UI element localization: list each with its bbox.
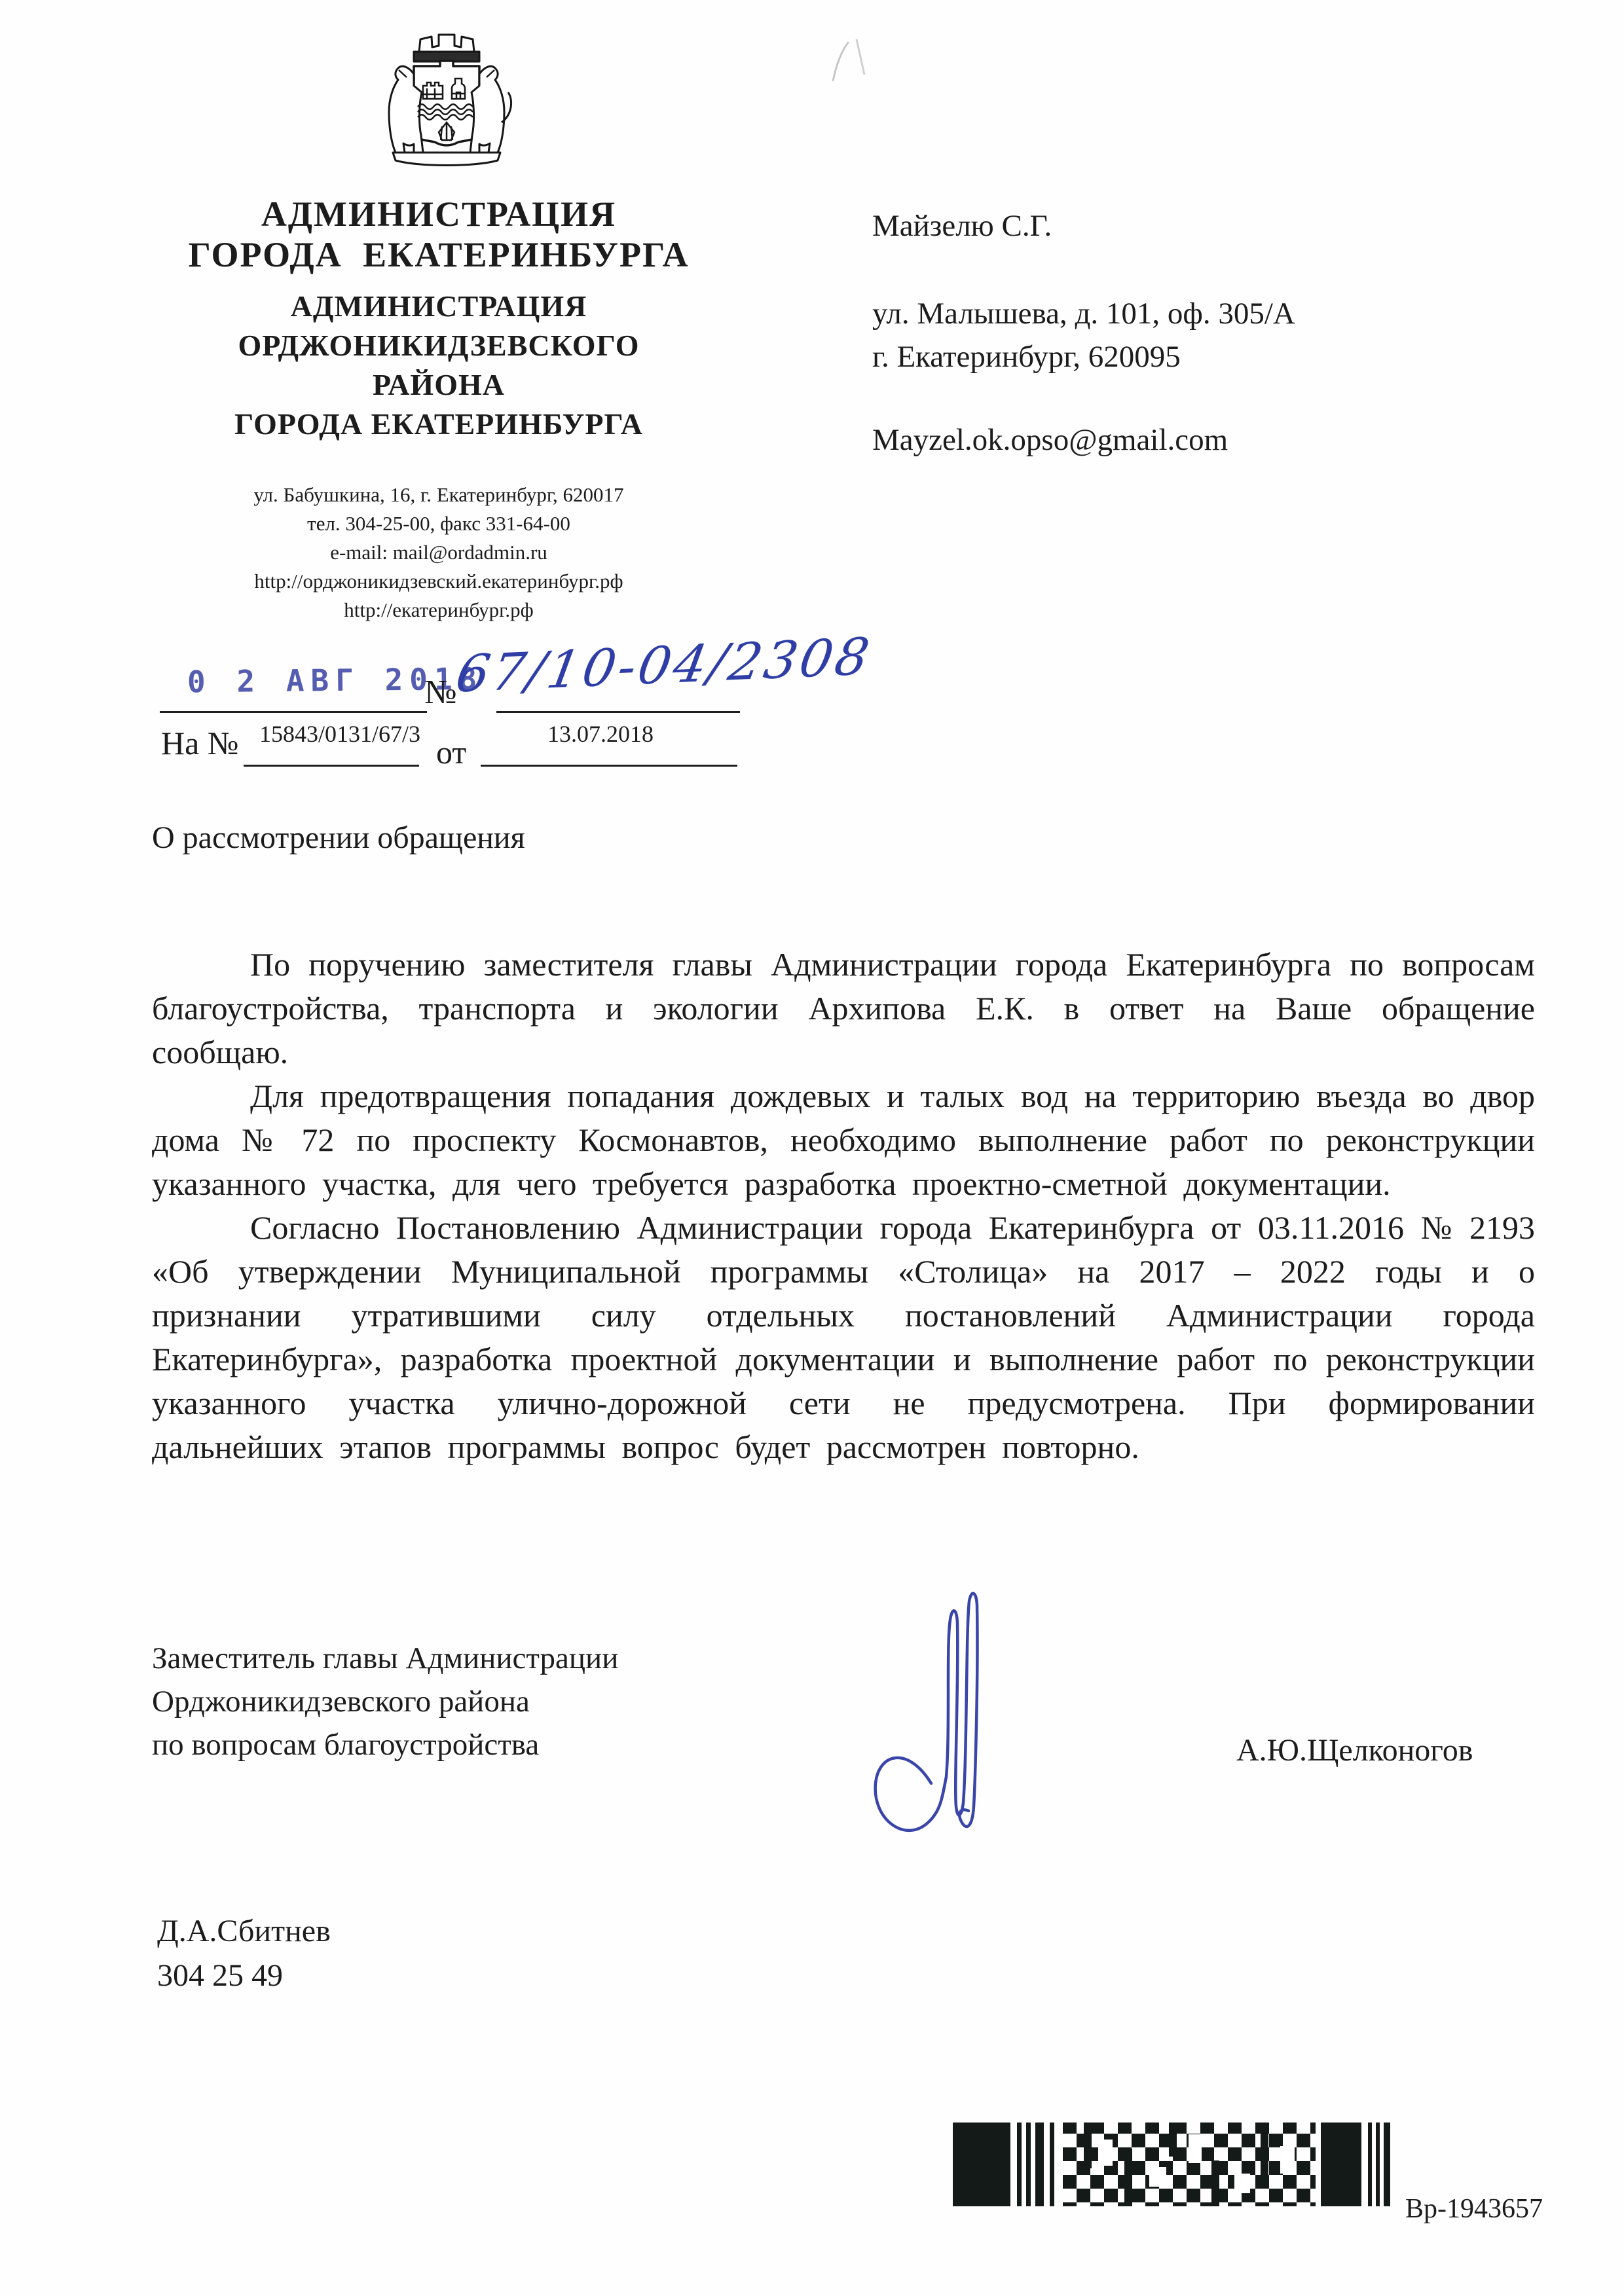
executor-name: Д.А.Сбитнев [157,1913,331,1949]
letterhead: АДМИНИСТРАЦИЯ ГОРОДА ЕКАТЕРИНБУРГА АДМИН… [92,194,786,625]
letterhead-site-district: http://орджоникидзевский.екатеринбург.рф [92,567,786,596]
ruled-line [496,711,740,713]
body-paragraph: По поручению заместителя главы Администр… [152,943,1535,1074]
recipient-name: Майзелю С.Г. [872,208,1052,244]
recipient-email: Mayzel.ok.opso@gmail.com [872,422,1228,458]
executor-phone: 304 25 49 [157,1958,283,1994]
from-label: от [436,733,466,771]
signer-position: Заместитель главы Администрации Орджоник… [152,1637,618,1766]
letterhead-email: e-mail: mail@ordadmin.ru [92,538,786,567]
org-name-line: АДМИНИСТРАЦИЯ [92,194,786,234]
signer-position-line: по вопросам благоустройства [152,1723,618,1766]
recipient-address-line2: г. Екатеринбург, 620095 [872,339,1181,374]
coat-of-arms-icon [371,30,523,166]
letterhead-phone: тел. 304-25-00, факс 331-64-00 [92,509,786,538]
body-paragraph: Для предотвращения попадания дождевых и … [152,1074,1535,1206]
reply-to-label: На № [161,724,239,762]
barcode-label: Вр-1943657 [1405,2193,1543,2225]
letterhead-address: ул. Бабушкина, 16, г. Екатеринбург, 6200… [92,481,786,509]
subject-line: О рассмотрении обращения [152,820,525,856]
incoming-number: 15843/0131/67/3 [259,720,420,748]
handwritten-outgoing-number: 67/10-04/2308 [452,627,876,704]
handwritten-signature [866,1587,1016,1836]
ruled-line [160,711,427,713]
body-paragraph: Согласно Постановлению Администрации гор… [152,1206,1535,1469]
signer-name: А.Ю.Щелконогов [1236,1732,1473,1768]
ruled-line [244,765,419,767]
pencil-mark [826,34,872,114]
org-name-line: ГОРОДА ЕКАТЕРИНБУРГА [92,234,786,275]
letterhead-site-city: http://екатеринбург.рф [92,596,786,625]
district-org-line: ОРДЖОНИКИДЗЕВСКОГО [92,326,786,365]
signer-position-line: Заместитель главы Администрации [152,1637,618,1680]
number-label: № [424,673,457,712]
letterhead-contacts: ул. Бабушкина, 16, г. Екатеринбург, 6200… [92,481,786,625]
recipient-address-line1: ул. Малышева, д. 101, оф. 305/А [872,296,1295,331]
district-org-line: АДМИНИСТРАЦИЯ [92,287,786,326]
signer-position-line: Орджоникидзевского района [152,1680,618,1723]
document-barcode [953,2120,1393,2210]
district-org-line: ГОРОДА ЕКАТЕРИНБУРГА [92,405,786,444]
district-org-line: РАЙОНА [92,365,786,405]
letter-body: По поручению заместителя главы Администр… [152,943,1535,1469]
ruled-line [481,765,737,767]
scanned-letter-page: АДМИНИСТРАЦИЯ ГОРОДА ЕКАТЕРИНБУРГА АДМИН… [0,0,1624,2296]
incoming-date: 13.07.2018 [547,720,654,748]
